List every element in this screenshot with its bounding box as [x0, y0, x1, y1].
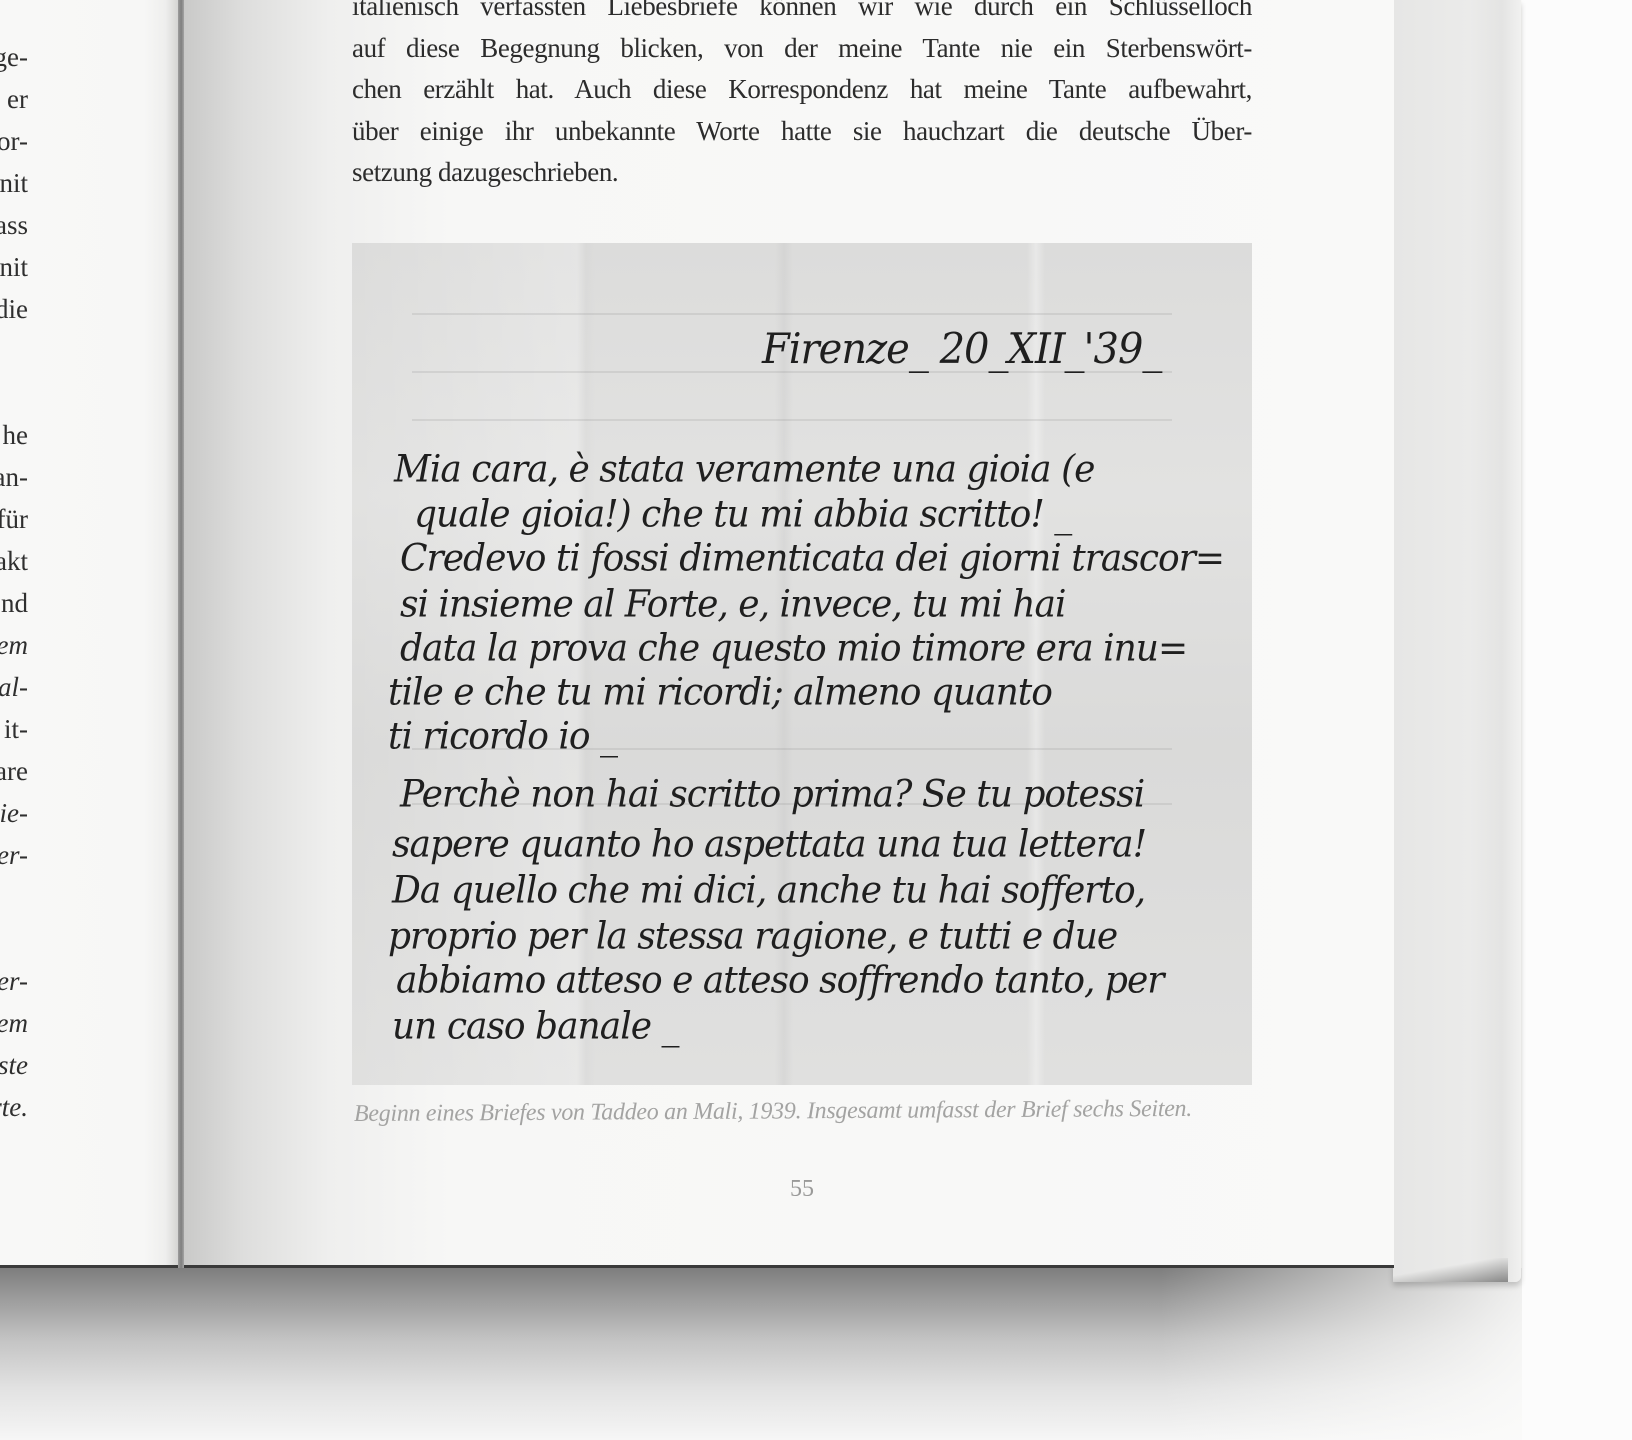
letter-line: Mia cara, è stata veramente una gioia (e	[394, 448, 1094, 491]
left-page-line-fragment: nd	[1, 590, 28, 617]
left-page-line-fragment: ste	[0, 1052, 28, 1079]
left-page-line-fragment: er	[7, 86, 28, 113]
body-paragraph: italienisch verfassten Liebesbriefe könn…	[352, 0, 1252, 194]
body-line: auf diese Begegnung blicken, von der mei…	[352, 28, 1252, 70]
left-page-line-fragment: al-	[0, 674, 28, 701]
handwritten-letter-figure: Firenze_ 20_XII_'39_ Mia cara, è stata v…	[352, 243, 1252, 1085]
left-page-line-fragment: er-	[0, 842, 28, 869]
left-page-line-fragment: em	[0, 632, 28, 659]
left-page-line-fragment: ge-	[0, 44, 28, 71]
left-page-line-fragment: er-	[0, 968, 28, 995]
body-line: chen erzählt hat. Auch diese Korresponde…	[352, 69, 1252, 111]
left-page: ge-eror-nitassnitdiehean-füraktndemal-it…	[0, 0, 180, 1268]
left-page-line-fragment: are	[0, 758, 28, 785]
letter-line: si insieme al Forte, e, invece, tu mi ha…	[400, 583, 1066, 626]
left-page-line-fragment: ie-	[0, 800, 28, 827]
body-line: italienisch verfassten Liebesbriefe könn…	[352, 0, 1252, 28]
left-page-text-column: ge-eror-nitassnitdiehean-füraktndemal-it…	[0, 0, 28, 1268]
letter-line: abbiamo atteso e atteso soffrendo tanto,…	[396, 959, 1163, 1002]
left-page-line-fragment: nit	[0, 170, 28, 197]
left-page-line-fragment: nit	[0, 254, 28, 281]
ghost-text-line	[412, 419, 1172, 421]
left-page-line-fragment: an-	[0, 464, 28, 491]
letter-line: data la prova che questo mio timore era …	[400, 627, 1187, 670]
letter-line: Credevo ti fossi dimenticata dei giorni …	[400, 537, 1224, 580]
letter-line: Da quello che mi dici, anche tu hai soff…	[392, 869, 1145, 912]
body-line: setzung dazugeschrieben.	[352, 152, 1252, 194]
letter-date-line: Firenze_ 20_XII_'39_	[762, 325, 1161, 373]
left-page-line-fragment: rte.	[0, 1094, 28, 1121]
letter-line: tile e che tu mi ricordi; almeno quanto	[388, 671, 1052, 714]
page-number: 55	[790, 1176, 814, 1203]
letter-line: proprio per la stessa ragione, e tutti e…	[388, 915, 1117, 958]
figure-caption: Beginn eines Briefes von Taddeo an Mali,…	[354, 1096, 1192, 1128]
floor-shadow	[0, 1268, 1560, 1440]
letter-line: quale gioia!) che tu mi abbia scritto! _	[414, 493, 1071, 536]
body-line: über einige ihr unbekannte Worte hatte s…	[352, 111, 1252, 153]
letter-line: sapere quanto ho aspettata una tua lette…	[392, 823, 1146, 866]
left-page-line-fragment: em	[0, 1010, 28, 1037]
page-block-edge	[1393, 0, 1521, 1282]
letter-line: ti ricordo io _	[388, 715, 617, 758]
left-page-line-fragment: he	[3, 422, 28, 449]
left-page-line-fragment: or-	[0, 128, 28, 155]
left-page-line-fragment: für	[0, 506, 28, 533]
letter-line: un caso banale _	[392, 1005, 678, 1048]
letter-line: Perchè non hai scritto prima? Se tu pote…	[400, 773, 1144, 816]
background	[1522, 0, 1632, 1440]
left-page-line-fragment: akt	[0, 548, 28, 575]
ghost-text-line	[412, 313, 1172, 315]
left-page-line-fragment: it-	[4, 716, 28, 743]
left-page-line-fragment: die	[0, 296, 28, 323]
left-page-line-fragment: ass	[0, 212, 28, 239]
